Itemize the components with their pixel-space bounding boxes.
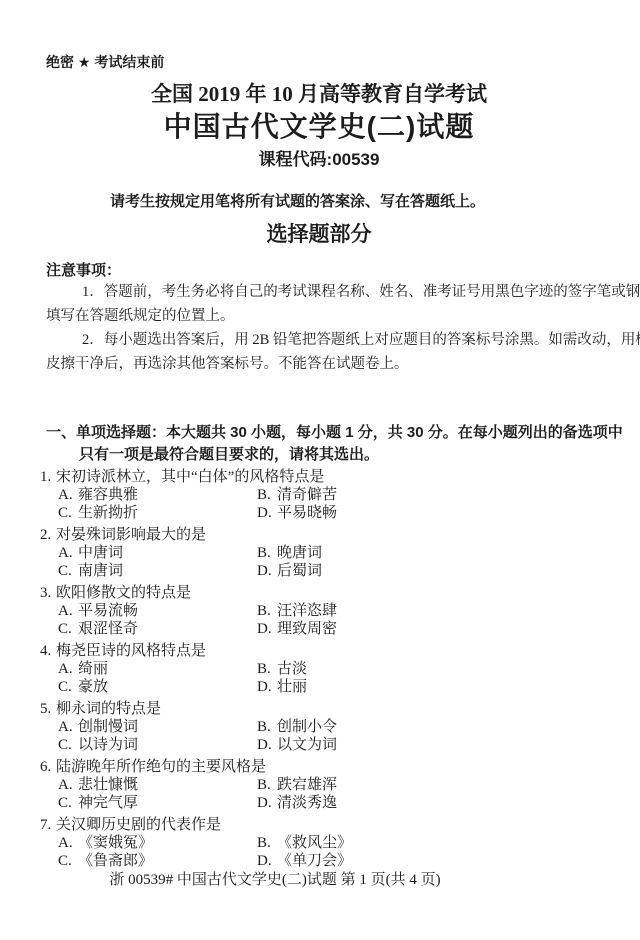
question-stem: 4.梅尧臣诗的风格特点是 — [40, 642, 592, 660]
option-text: 跌宕雄浑 — [277, 777, 337, 793]
question-5: 5.柳永词的特点是 A.创制慢词B.创制小令 C.以诗为词D.以文为词 — [40, 700, 592, 754]
question-text: 对晏殊词影响最大的是 — [56, 527, 206, 543]
options-row-ab: A.中唐词B.晚唐词 — [40, 544, 592, 562]
option-label: B. — [257, 544, 277, 562]
question-number: 6. — [40, 758, 56, 776]
option-text: 理致周密 — [277, 621, 337, 637]
option-text: 汪洋恣肆 — [277, 603, 337, 619]
option-text: 豪放 — [78, 679, 108, 695]
notice-1-line-2: 填写在答题纸规定的位置上。 — [46, 304, 592, 328]
option-label: A. — [58, 486, 78, 504]
question-stem: 1.宋初诗派林立，其中“白体”的风格特点是 — [40, 468, 592, 486]
option-label: C. — [58, 794, 78, 812]
question-number: 1. — [40, 468, 56, 486]
option-label: D. — [257, 504, 277, 522]
option-text: 清奇僻苦 — [277, 487, 337, 503]
option-c: C.南唐词 — [58, 562, 257, 580]
question-number: 2. — [40, 526, 56, 544]
option-c: C.生新拗折 — [58, 504, 257, 522]
option-b: B.晚唐词 — [257, 544, 322, 562]
option-d: D.壮丽 — [257, 678, 307, 696]
option-text: 《窦娥冤》 — [78, 835, 153, 851]
option-c: C.豪放 — [58, 678, 257, 696]
option-a: A.绮丽 — [58, 660, 257, 678]
question-6: 6.陆游晚年所作绝句的主要风格是 A.悲壮慷慨B.跌宕雄浑 C.神完气厚D.清淡… — [40, 758, 592, 812]
option-b: B.《救风尘》 — [257, 834, 352, 852]
notice-2-line-2: 皮擦干净后，再选涂其他答案标号。不能答在试题卷上。 — [46, 352, 592, 376]
page-footer: 浙 00539# 中国古代文学史(二)试题 第 1 页(共 4 页) — [0, 871, 640, 889]
option-label: A. — [58, 718, 78, 736]
question-number: 3. — [40, 584, 56, 602]
option-label: C. — [58, 678, 78, 696]
option-text: 生新拗折 — [78, 505, 138, 521]
option-label: D. — [257, 678, 277, 696]
options-row-ab: A.创制慢词B.创制小令 — [40, 718, 592, 736]
notice-heading: 注意事项： — [46, 262, 592, 280]
option-label: A. — [58, 834, 78, 852]
question-stem: 7.关汉卿历史剧的代表作是 — [40, 816, 592, 834]
option-b: B.古淡 — [257, 660, 307, 678]
question-stem: 6.陆游晚年所作绝句的主要风格是 — [40, 758, 592, 776]
option-label: B. — [257, 834, 277, 852]
question-text: 宋初诗派林立，其中“白体”的风格特点是 — [56, 469, 324, 485]
option-d: D.清淡秀逸 — [257, 794, 337, 812]
option-c: C.艰涩怪奇 — [58, 620, 257, 638]
question-number: 5. — [40, 700, 56, 718]
option-a: A.平易流畅 — [58, 602, 257, 620]
options-row-ab: A.悲壮慷慨B.跌宕雄浑 — [40, 776, 592, 794]
notice-2-line-1: 2．每小题选出答案后，用 2B 铅笔把答题纸上对应题目的答案标号涂黑。如需改动，… — [46, 328, 592, 352]
option-d: D.理致周密 — [257, 620, 337, 638]
option-b: B.汪洋恣肆 — [257, 602, 337, 620]
question-text: 欧阳修散文的特点是 — [56, 585, 191, 601]
options-row-cd: C.《鲁斋郎》D.《单刀会》 — [40, 852, 592, 870]
option-label: A. — [58, 544, 78, 562]
option-text: 绮丽 — [78, 661, 108, 677]
option-label: B. — [257, 718, 277, 736]
options-row-ab: A.平易流畅B.汪洋恣肆 — [40, 602, 592, 620]
notice-1-line-1: 1．答题前，考生务必将自己的考试课程名称、姓名、准考证号用黑色字迹的签字笔或钢笔 — [46, 280, 592, 304]
option-label: D. — [257, 794, 277, 812]
option-label: C. — [58, 736, 78, 754]
option-label: B. — [257, 602, 277, 620]
option-text: 中唐词 — [78, 545, 123, 561]
option-text: 创制小令 — [277, 719, 337, 735]
question-stem: 5.柳永词的特点是 — [40, 700, 592, 718]
option-d: D.平易晓畅 — [257, 504, 337, 522]
question-stem: 3.欧阳修散文的特点是 — [40, 584, 592, 602]
options-row-cd: C.以诗为词D.以文为词 — [40, 736, 592, 754]
option-d: D.以文为词 — [257, 736, 337, 754]
option-b: B.清奇僻苦 — [257, 486, 337, 504]
options-row-ab: A.雍容典雅B.清奇僻苦 — [40, 486, 592, 504]
question-stem: 2.对晏殊词影响最大的是 — [40, 526, 592, 544]
option-text: 以诗为词 — [78, 737, 138, 753]
option-text: 神完气厚 — [78, 795, 138, 811]
option-label: B. — [257, 660, 277, 678]
option-a: A.中唐词 — [58, 544, 257, 562]
option-a: A.悲壮慷慨 — [58, 776, 257, 794]
options-row-cd: C.神完气厚D.清淡秀逸 — [40, 794, 592, 812]
course-code: 课程代码:00539 — [46, 150, 592, 170]
option-a: A.创制慢词 — [58, 718, 257, 736]
part-heading: 一、单项选择题：本大题共 30 小题，每小题 1 分，共 30 分。在每小题列出… — [46, 422, 592, 466]
option-label: B. — [257, 486, 277, 504]
option-label: D. — [257, 852, 277, 870]
option-a: A.雍容典雅 — [58, 486, 257, 504]
option-label: A. — [58, 660, 78, 678]
exam-paper-page: 绝密 ★ 考试结束前 全国 2019 年 10 月高等教育自学考试 中国古代文学… — [0, 0, 640, 940]
option-text: 南唐词 — [78, 563, 123, 579]
option-text: 《鲁斋郎》 — [78, 853, 153, 869]
options-row-cd: C.生新拗折D.平易晓畅 — [40, 504, 592, 522]
section-heading: 选择题部分 — [46, 222, 592, 248]
option-b: B.创制小令 — [257, 718, 337, 736]
option-text: 《单刀会》 — [277, 853, 352, 869]
question-3: 3.欧阳修散文的特点是 A.平易流畅B.汪洋恣肆 C.艰涩怪奇D.理致周密 — [40, 584, 592, 638]
option-text: 晚唐词 — [277, 545, 322, 561]
option-c: C.神完气厚 — [58, 794, 257, 812]
question-text: 柳永词的特点是 — [56, 701, 161, 717]
option-text: 平易流畅 — [78, 603, 138, 619]
option-text: 以文为词 — [277, 737, 337, 753]
options-row-ab: A.《窦娥冤》B.《救风尘》 — [40, 834, 592, 852]
option-text: 清淡秀逸 — [277, 795, 337, 811]
option-text: 创制慢词 — [78, 719, 138, 735]
answer-instruction: 请考生按规定用笔将所有试题的答案涂、写在答题纸上。 — [46, 192, 592, 212]
options-row-cd: C.南唐词D.后蜀词 — [40, 562, 592, 580]
option-label: D. — [257, 562, 277, 580]
option-c: C.以诗为词 — [58, 736, 257, 754]
option-label: D. — [257, 620, 277, 638]
option-label: D. — [257, 736, 277, 754]
options-row-cd: C.艰涩怪奇D.理致周密 — [40, 620, 592, 638]
option-label: A. — [58, 776, 78, 794]
option-a: A.《窦娥冤》 — [58, 834, 257, 852]
option-text: 后蜀词 — [277, 563, 322, 579]
question-text: 陆游晚年所作绝句的主要风格是 — [56, 759, 266, 775]
option-text: 平易晓畅 — [277, 505, 337, 521]
exam-session-line: 全国 2019 年 10 月高等教育自学考试 — [46, 82, 592, 106]
question-text: 关汉卿历史剧的代表作是 — [56, 817, 221, 833]
option-d: D.《单刀会》 — [257, 852, 352, 870]
option-label: C. — [58, 620, 78, 638]
question-list: 1.宋初诗派林立，其中“白体”的风格特点是 A.雍容典雅B.清奇僻苦 C.生新拗… — [40, 468, 592, 870]
question-2: 2.对晏殊词影响最大的是 A.中唐词B.晚唐词 C.南唐词D.后蜀词 — [40, 526, 592, 580]
part-heading-line-1: 一、单项选择题：本大题共 30 小题，每小题 1 分，共 30 分。在每小题列出… — [46, 422, 592, 444]
question-text: 梅尧臣诗的风格特点是 — [56, 643, 206, 659]
option-label: C. — [58, 504, 78, 522]
option-text: 壮丽 — [277, 679, 307, 695]
question-number: 7. — [40, 816, 56, 834]
page-footer-text: 浙 00539# 中国古代文学史(二)试题 第 1 页(共 4 页) — [109, 872, 440, 888]
option-c: C.《鲁斋郎》 — [58, 852, 257, 870]
question-4: 4.梅尧臣诗的风格特点是 A.绮丽B.古淡 C.豪放D.壮丽 — [40, 642, 592, 696]
option-text: 悲壮慷慨 — [78, 777, 138, 793]
option-text: 古淡 — [277, 661, 307, 677]
classification-banner: 绝密 ★ 考试结束前 — [46, 54, 592, 70]
option-text: 《救风尘》 — [277, 835, 352, 851]
option-d: D.后蜀词 — [257, 562, 322, 580]
option-label: A. — [58, 602, 78, 620]
option-text: 雍容典雅 — [78, 487, 138, 503]
option-label: C. — [58, 562, 78, 580]
option-label: B. — [257, 776, 277, 794]
option-b: B.跌宕雄浑 — [257, 776, 337, 794]
notice-list: 1．答题前，考生务必将自己的考试课程名称、姓名、准考证号用黑色字迹的签字笔或钢笔… — [46, 280, 592, 376]
question-7: 7.关汉卿历史剧的代表作是 A.《窦娥冤》B.《救风尘》 C.《鲁斋郎》D.《单… — [40, 816, 592, 870]
part-heading-line-2: 只有一项是最符合题目要求的，请将其选出。 — [46, 444, 592, 466]
option-label: C. — [58, 852, 78, 870]
question-1: 1.宋初诗派林立，其中“白体”的风格特点是 A.雍容典雅B.清奇僻苦 C.生新拗… — [40, 468, 592, 522]
exam-title: 中国古代文学史(二)试题 — [46, 110, 592, 144]
options-row-ab: A.绮丽B.古淡 — [40, 660, 592, 678]
question-number: 4. — [40, 642, 56, 660]
option-text: 艰涩怪奇 — [78, 621, 138, 637]
options-row-cd: C.豪放D.壮丽 — [40, 678, 592, 696]
